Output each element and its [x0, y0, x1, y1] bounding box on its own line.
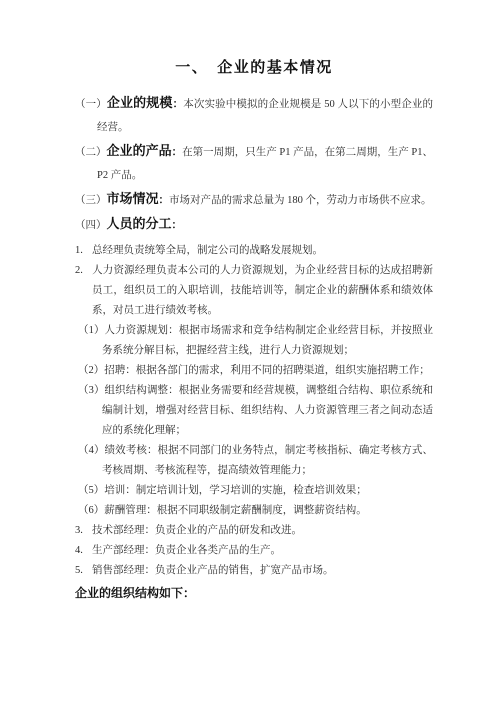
section-colon: ：	[159, 195, 170, 206]
sub-list-item: （3）组织结构调整：根据业务需要和经营规模，调整组合结构、职位系统和编制计划，增…	[78, 381, 433, 441]
list-item: 2.人力资源经理负责本公司的人力资源规划，为企业经营目标的达成招聘新员工，组织员…	[75, 261, 433, 321]
item-text: 组织结构调整：根据业务需要和经营规模，调整组合结构、职位系统和编制计划，增强对经…	[102, 385, 433, 436]
item-text: 培训：制定培训计划，学习培训的实施，检查培训效果；	[104, 485, 367, 496]
item-text: 人力资源经理负责本公司的人力资源规划，为企业经营目标的达成招聘新员工，组织员工的…	[92, 265, 433, 316]
sub-list-item: （6）薪酬管理：根据不同职级制定薪酬制度，调整薪资结构。	[78, 501, 433, 521]
section-market: （三）市场情况：市场对产品的需求总量为 180 个，劳动力市场供不应求。	[75, 187, 433, 212]
list-item: 3.技术部经理：负责企业的产品的研发和改进。	[75, 521, 433, 541]
item-number: 4.	[75, 541, 92, 561]
item-number: 3.	[75, 521, 92, 541]
item-number: 1.	[75, 241, 92, 261]
section-heading: 企业的规模	[107, 95, 173, 110]
item-text: 招聘：根据各部门的需求，利用不同的招聘渠道，组织实施招聘工作；	[104, 365, 430, 376]
section-division-of-labor: （四）人员的分工：	[75, 212, 433, 237]
section-colon: ：	[172, 220, 183, 231]
section-heading: 市场情况	[107, 191, 159, 206]
org-structure-heading: 企业的组织结构如下：	[75, 583, 433, 603]
sub-list-item: （4）绩效考核：根据不同部门的业务特点，制定考核指标、确定考核方式、考核周期、考…	[78, 441, 433, 481]
sub-list-item: （1）人力资源规划：根据市场需求和竞争结构制定企业经营目标，并按照业务系统分解目…	[78, 321, 433, 361]
item-text: 总经理负责统筹全局，制定公司的战略发展规划。	[92, 245, 323, 256]
section-heading: 企业的产品	[107, 143, 172, 158]
sub-list-item: （2）招聘：根据各部门的需求，利用不同的招聘渠道，组织实施招聘工作；	[78, 361, 433, 381]
section-number: （四）	[75, 220, 107, 231]
item-number: （6）	[78, 505, 104, 516]
section-colon: ：	[172, 147, 183, 158]
item-text: 销售部经理：负责企业产品的销售，扩宽产品市场。	[92, 565, 334, 576]
item-text: 生产部经理：负责企业各类产品的生产。	[92, 545, 281, 556]
document-page: 一、 企业的基本情况 （一）企业的规模：本次实验中模拟的企业规模是 50 人以下…	[0, 0, 499, 706]
item-text: 人力资源规划：根据市场需求和竞争结构制定企业经营目标，并按照业务系统分解目标，把…	[102, 325, 433, 356]
item-number: （1）	[78, 325, 105, 336]
section-body: 市场对产品的需求总量为 180 个，劳动力市场供不应求。	[169, 195, 432, 206]
section-heading: 人员的分工	[107, 216, 172, 231]
section-scale: （一）企业的规模：本次实验中模拟的企业规模是 50 人以下的小型企业的经营。	[75, 91, 433, 139]
item-number: （3）	[78, 385, 105, 396]
section-products: （二）企业的产品：在第一周期，只生产 P1 产品，在第二周期，生产 P1、P2 …	[75, 139, 433, 187]
item-text: 技术部经理：负责企业的产品的研发和改进。	[92, 525, 302, 536]
list-item: 4.生产部经理：负责企业各类产品的生产。	[75, 541, 433, 561]
item-number: （2）	[78, 365, 104, 376]
page-title: 一、 企业的基本情况	[75, 57, 433, 79]
section-number: （一）	[75, 99, 107, 110]
personnel-list: 1.总经理负责统筹全局，制定公司的战略发展规划。 2.人力资源经理负责本公司的人…	[75, 241, 433, 581]
section-number: （二）	[75, 147, 107, 158]
item-text: 薪酬管理：根据不同职级制定薪酬制度，调整薪资结构。	[104, 505, 367, 516]
list-item: 1.总经理负责统筹全局，制定公司的战略发展规划。	[75, 241, 433, 261]
item-number: 2.	[75, 261, 92, 281]
list-item: 5.销售部经理：负责企业产品的销售，扩宽产品市场。	[75, 561, 433, 581]
item-number: 5.	[75, 561, 92, 581]
section-number: （三）	[75, 195, 107, 206]
sub-list-item: （5）培训：制定培训计划，学习培训的实施，检查培训效果；	[78, 481, 433, 501]
item-number: （4）	[78, 445, 105, 456]
section-colon: ：	[173, 99, 184, 110]
item-text: 绩效考核：根据不同部门的业务特点，制定考核指标、确定考核方式、考核周期、考核流程…	[102, 445, 433, 476]
item-number: （5）	[78, 485, 104, 496]
